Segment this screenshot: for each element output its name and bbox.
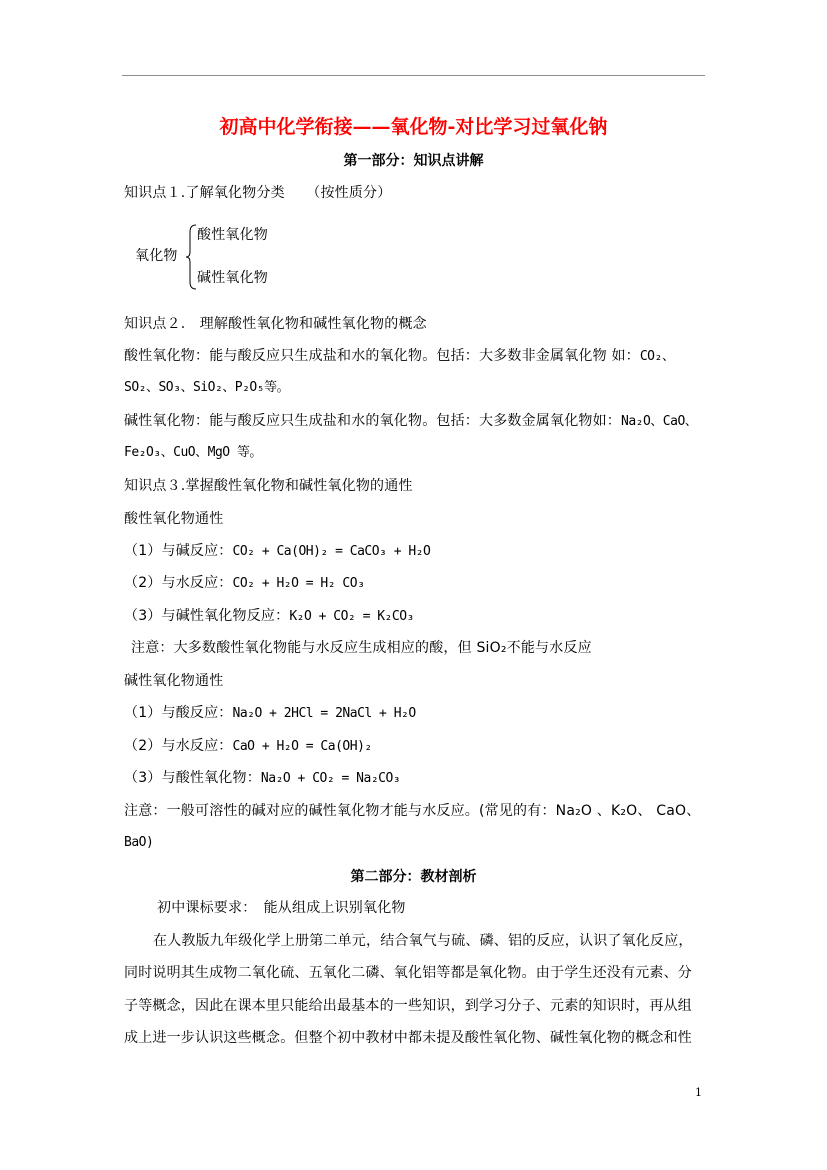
equation: K₂O + CO₂ = K₂CO₃ — [289, 609, 414, 624]
paragraph-line-2: 同时说明其生成物二氧化硫、五氧化二磷、氧化铝等都是氧化物。由于学生还没有元素、分 — [124, 963, 692, 983]
acidic-properties-title: 酸性氧化物通性 — [124, 509, 223, 529]
kp1-heading: 知识点１.了解氧化物分类 （按性质分） — [124, 183, 391, 203]
kp2-heading: 知识点２. 理解酸性氧化物和碱性氧化物的概念 — [124, 314, 427, 334]
equation: Na₂O + CO₂ = Na₂CO₃ — [261, 771, 400, 786]
page-number: 1 — [695, 1086, 702, 1099]
header-rule — [122, 75, 705, 76]
item-label: （1）与碱反应： — [124, 543, 233, 559]
acidic-item-1: （1）与碱反应：CO₂ + Ca(OH)₂ = CaCO₃ + H₂O — [124, 541, 430, 562]
acidic-definition: 酸性氧化物：能与酸反应只生成盐和水的氧化物。包括：大多数非金属氧化物 如：CO₂… — [124, 346, 674, 367]
item-label: （2）与水反应： — [124, 738, 233, 754]
basic-examples-2: Fe₂O₃、CuO、MgO 等。 — [124, 443, 262, 463]
item-label: （2）与水反应： — [124, 575, 233, 591]
brace-icon — [185, 224, 197, 290]
acidic-examples-2: SO₂、SO₃、SiO₂、P₂O₅等。 — [124, 378, 289, 398]
equation: Na₂O + 2HCl = 2NaCl + H₂O — [233, 706, 416, 721]
branch-acidic: 酸性氧化物 — [197, 225, 268, 245]
equation: CO₂ + Ca(OH)₂ = CaCO₃ + H₂O — [233, 544, 431, 559]
basic-definition-text: 碱性氧化物：能与酸反应只生成盐和水的氧化物。包括：大多数金属氧化物如： — [124, 413, 621, 429]
item-label: （3）与酸性氧化物： — [124, 770, 261, 786]
branch-basic: 碱性氧化物 — [197, 268, 268, 288]
paragraph-line-1: 在人教版九年级化学上册第二单元，结合氧气与硫、磷、铝的反应，认识了氧化反应， — [153, 931, 693, 951]
equation: CO₂ + H₂O = H₂ CO₃ — [233, 576, 365, 591]
item-label: （1）与酸反应： — [124, 705, 233, 721]
basic-note-1: 注意：一般可溶性的碱对应的碱性氧化物才能与水反应。(常见的有：Na₂O 、K₂O… — [124, 801, 700, 821]
basic-note-2: BaO) — [124, 833, 153, 853]
acidic-item-3: （3）与碱性氧化物反应：K₂O + CO₂ = K₂CO₃ — [124, 606, 414, 627]
basic-item-1: （1）与酸反应：Na₂O + 2HCl = 2NaCl + H₂O — [124, 703, 416, 724]
basic-properties-title: 碱性氧化物通性 — [124, 671, 223, 691]
acidic-note: 注意：大多数酸性氧化物能与水反应生成相应的酸，但 SiO₂不能与水反应 — [131, 638, 592, 658]
classification-root: 氧化物 — [135, 246, 178, 266]
basic-item-3: （3）与酸性氧化物：Na₂O + CO₂ = Na₂CO₃ — [124, 768, 400, 789]
paragraph-line-4: 成上进一步认识这些概念。但整个初中教材中都未提及酸性氧化物、碱性氧化物的概念和性 — [124, 1028, 692, 1048]
part2-heading: 第二部分：教材剖析 — [0, 866, 827, 886]
item-label: （3）与碱性氧化物反应： — [124, 608, 289, 624]
part1-heading: 第一部分：知识点讲解 — [0, 150, 827, 170]
basic-examples-1: Na₂O、CaO、 — [621, 414, 697, 429]
paragraph-line-3: 子等概念，因此在课本里只能给出最基本的一些知识，到学习分子、元素的知识时，再从组 — [124, 996, 692, 1016]
curriculum-requirement: 初中课标要求： 能从组成上识别氧化物 — [157, 898, 406, 918]
basic-item-2: （2）与水反应：CaO + H₂O = Ca(OH)₂ — [124, 736, 372, 757]
basic-definition: 碱性氧化物：能与酸反应只生成盐和水的氧化物。包括：大多数金属氧化物如：Na₂O、… — [124, 411, 697, 432]
equation: CaO + H₂O = Ca(OH)₂ — [233, 739, 372, 754]
acidic-examples-1: CO₂、 — [640, 349, 674, 364]
acidic-definition-text: 酸性氧化物：能与酸反应只生成盐和水的氧化物。包括：大多数非金属氧化物 如： — [124, 348, 640, 364]
document-title: 初高中化学衔接——氧化物-对比学习过氧化钠 — [0, 112, 827, 139]
acidic-item-2: （2）与水反应：CO₂ + H₂O = H₂ CO₃ — [124, 573, 364, 594]
kp3-heading: 知识点３.掌握酸性氧化物和碱性氧化物的通性 — [124, 476, 413, 496]
